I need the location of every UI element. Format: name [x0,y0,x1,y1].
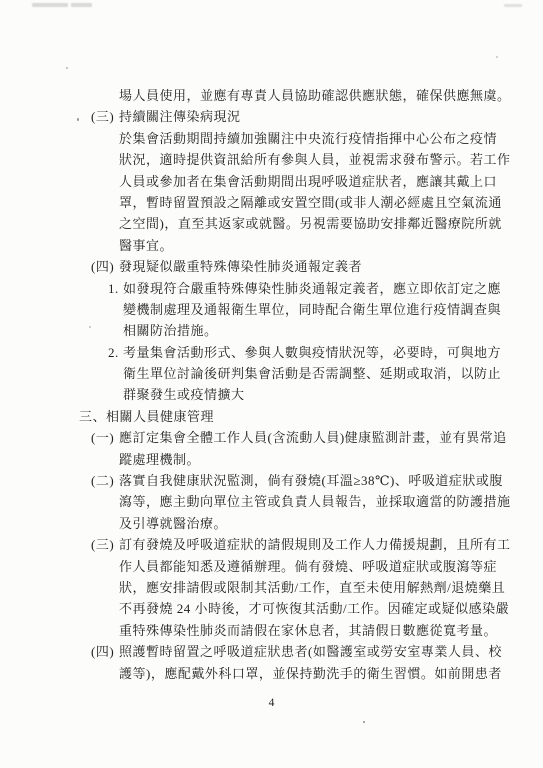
text-line: 瀉等，應主動向單位主管或負責人員報告，並採取適當的防護措施 [0,491,543,512]
line-label: (二) [91,470,114,491]
line-text: 醫事宜。 [119,238,173,253]
line-text: 蹤處理機制。 [119,452,200,467]
line-label: 1. [108,278,119,299]
list-item-line: (四)發現疑似嚴重特殊傳染性肺炎通報定義者 [0,256,543,277]
scan-speck [66,67,68,69]
line-text: 群聚發生或疫情擴大 [123,387,245,402]
line-label: (一) [91,427,114,448]
line-label: (三) [91,534,114,555]
line-text: 重特殊傳染性肺炎而請假在家休息者，其請假日數應從寬考量。 [119,623,497,638]
line-text: 照護暫時留置之呼吸道症狀患者(如醫護室或勞安室專業人員、校 [119,644,502,659]
line-text: 護等)，應配戴外科口罩，並保持勤洗手的衛生習慣。如前開患者 [119,666,502,681]
line-text: 及引導就醫治療。 [119,516,227,531]
section-number: 三、 [79,406,106,427]
line-text: 作人員都能知悉及遵循辦理。倘有發燒、呼吸道症狀或腹瀉等症 [119,559,497,574]
section-title: 相關人員健康管理 [106,409,214,424]
text-line: 衛生單位討論後研判集會活動是否需調整、延期或取消，以防止 [0,363,543,384]
list-item-line: (三)訂有發燒及呼吸道症狀的請假規則及工作人力備援規劃，且所有工 [0,534,543,555]
line-text: 狀，應安排請假或限制其活動/工作，直至未使用解熱劑/退燒藥且 [119,580,505,595]
line-text: 不再發燒 24 小時後，才可恢復其活動/工作。因確定或疑似感染嚴 [119,601,509,616]
text-line: 人員或參加者在集會活動期間出現呼吸道症狀者，應讓其戴上口 [0,171,543,192]
numbered-item-line: 1.如發現符合嚴重特殊傳染性肺炎通報定義者，應立即依訂定之應 [0,278,543,299]
text-line: 群聚發生或疫情擴大 [0,384,543,405]
text-line: 及引導就醫治療。 [0,513,543,534]
line-text: 持續關注傳染病現況 [119,109,241,124]
text-line: 蹤處理機制。 [0,449,543,470]
list-item-line: (三)持續關注傳染病現況 [0,106,543,127]
text-line: 於集會活動期間持續加強關注中央流行疫情指揮中心公布之疫情 [0,128,543,149]
list-item-line: (一)應訂定集會全體工作人員(含流動人員)健康監測計畫，並有異常追 [0,427,543,448]
line-text: 場人員使用，並應有專責人員協助確認供應狀態，確保供應無虞。 [119,88,511,103]
text-line: 醫事宜。 [0,235,543,256]
text-line: 作人員都能知悉及遵循辦理。倘有發燒、呼吸道症狀或腹瀉等症 [0,556,543,577]
text-line: 罩，暫時留置預設之隔離或安置空間(或非人潮必經處且空氣流通 [0,192,543,213]
line-text: 衛生單位討論後研判集會活動是否需調整、延期或取消，以防止 [123,366,501,381]
text-line: 變機制處理及通報衛生單位，同時配合衛生單位進行疫情調查與 [0,299,543,320]
scanned-document-page: 場人員使用，並應有專責人員協助確認供應狀態，確保供應無虞。 (三)持續關注傳染病… [0,0,543,768]
document-text-block: 場人員使用，並應有專責人員協助確認供應狀態，確保供應無虞。 (三)持續關注傳染病… [0,85,543,684]
text-line: 相關防治措施。 [0,320,543,341]
text-line: 不再發燒 24 小時後，才可恢復其活動/工作。因確定或疑似感染嚴 [0,598,543,619]
line-label: (四) [91,256,114,277]
line-label: (四) [91,641,114,662]
line-text: 訂有發燒及呼吸道症狀的請假規則及工作人力備援規劃，且所有工 [119,537,511,552]
line-text: 瀉等，應主動向單位主管或負責人員報告，並採取適當的防護措施 [119,494,511,509]
line-text: 考量集會活動形式、參與人數與疫情狀況等，必要時，可與地方 [123,345,501,360]
scan-smudge-top-left [32,3,68,7]
scan-smudge-top-right [504,4,522,7]
scan-smudge-top-left-2 [71,3,92,7]
line-text: 於集會活動期間持續加強關注中央流行疫情指揮中心公布之疫情 [119,131,497,146]
line-text: 落實自我健康狀況監測，倘有發燒(耳溫≥38℃)、呼吸道症狀或腹 [119,473,503,488]
line-label: (三) [91,106,114,127]
scan-speck [496,56,498,58]
text-line: 之空間)，直至其返家或就醫。另視需要協助安排鄰近醫療院所就 [0,213,543,234]
line-label: 2. [108,342,119,363]
line-text: 人員或參加者在集會活動期間出現呼吸道症狀者，應讓其戴上口 [119,174,497,189]
text-line: 狀，應安排請假或限制其活動/工作，直至未使用解熱劑/退燒藥且 [0,577,543,598]
section-heading: 三、相關人員健康管理 [0,406,543,427]
scan-speck [363,721,365,723]
text-line: 場人員使用，並應有專責人員協助確認供應狀態，確保供應無虞。 [0,85,543,106]
list-item-line: (二)落實自我健康狀況監測，倘有發燒(耳溫≥38℃)、呼吸道症狀或腹 [0,470,543,491]
line-text: 狀況，適時提供資訊給所有參與人員，並視需求發布警示。若工作 [119,152,511,167]
line-text: 罩，暫時留置預設之隔離或安置空間(或非人潮必經處且空氣流通 [119,195,502,210]
list-item-line: (四)照護暫時留置之呼吸道症狀患者(如醫護室或勞安室專業人員、校 [0,641,543,662]
line-text: 變機制處理及通報衛生單位，同時配合衛生單位進行疫情調查與 [123,302,501,317]
line-text: 如發現符合嚴重特殊傳染性肺炎通報定義者，應立即依訂定之應 [123,281,501,296]
text-line: 狀況，適時提供資訊給所有參與人員，並視需求發布警示。若工作 [0,149,543,170]
line-text: 應訂定集會全體工作人員(含流動人員)健康監測計畫，並有異常追 [119,430,507,445]
line-text: 相關防治措施。 [123,323,218,338]
text-line: 重特殊傳染性肺炎而請假在家休息者，其請假日數應從寬考量。 [0,620,543,641]
line-text: 之空間)，直至其返家或就醫。另視需要協助安排鄰近醫療院所就 [119,216,502,231]
page-number: 4 [0,697,543,709]
numbered-item-line: 2.考量集會活動形式、參與人數與疫情狀況等，必要時，可與地方 [0,342,543,363]
line-text: 發現疑似嚴重特殊傳染性肺炎通報定義者 [119,259,362,274]
text-line: 護等)，應配戴外科口罩，並保持勤洗手的衛生習慣。如前開患者 [0,663,543,684]
